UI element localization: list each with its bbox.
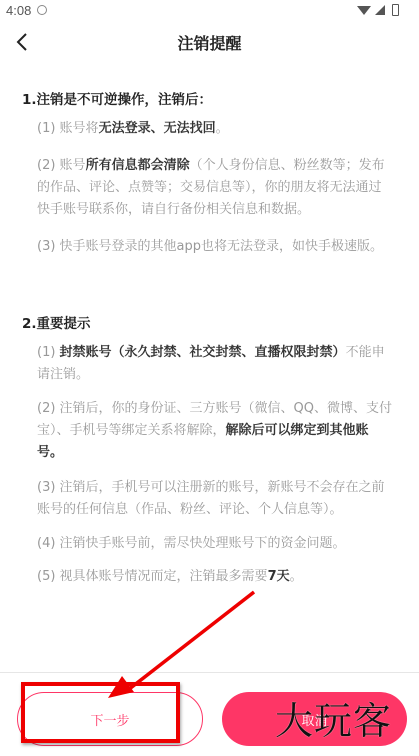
- item-bold-text: 封禁账号（永久封禁、社交封禁、直播权限封禁）: [60, 345, 346, 360]
- chevron-left-icon: [14, 30, 36, 54]
- item-text: 。: [290, 569, 303, 584]
- item-text: (1): [37, 345, 60, 360]
- next-step-label: 下一步: [90, 710, 129, 729]
- list-item: (5) 视具体账号情况而定，注销最多需要7天。: [37, 566, 393, 588]
- item-text: (4) 注销快手账号前，需尽快处理账号下的资金问题。: [37, 536, 346, 551]
- list-item: (1) 账号将无法登录、无法找回。: [37, 118, 393, 140]
- cancel-button[interactable]: 取消: [222, 692, 407, 746]
- item-text: (5) 视具体账号情况而定，注销最多需要: [37, 569, 268, 584]
- back-button[interactable]: [14, 30, 36, 54]
- status-bar: 4:08: [0, 0, 419, 20]
- section-title: 1.注销是不可逆操作，注销后：: [22, 88, 212, 108]
- list-item: (4) 注销快手账号前，需尽快处理账号下的资金问题。: [37, 533, 393, 555]
- section-title: 2.重要提示: [22, 312, 91, 332]
- shield-icon: [37, 5, 47, 15]
- item-text: (3) 快手账号登录的其他app也将无法登录，如快手极速版。: [37, 239, 383, 254]
- item-bold-text: 7天: [268, 569, 290, 584]
- battery-charging-icon: [392, 4, 399, 16]
- list-item: (1) 封禁账号（永久封禁、社交封禁、直播权限封禁）不能申请注销。: [37, 342, 393, 386]
- list-item: (3) 快手账号登录的其他app也将无法登录，如快手极速版。: [37, 236, 393, 258]
- item-bold-text: 无法登录、无法找回: [99, 121, 216, 136]
- page-title: 注销提醒: [177, 31, 241, 54]
- item-text: 。: [216, 121, 229, 136]
- status-icons: [357, 4, 399, 16]
- item-text: (1) 账号将: [37, 121, 99, 136]
- footer-divider: [0, 672, 419, 673]
- list-item: (2) 注销后，你的身份证、三方账号（微信、QQ、微博、支付宝）、手机号等绑定关…: [37, 398, 393, 464]
- cancel-label: 取消: [301, 710, 327, 729]
- status-time: 4:08: [6, 3, 31, 18]
- item-text: (3) 注销后，手机号可以注册新的账号，新账号不会存在之前账号的任何信息（作品、…: [37, 480, 385, 517]
- list-item: (2) 账号所有信息都会清除（个人身份信息、粉丝数等；发布的作品、评论、点赞等；…: [37, 155, 393, 221]
- list-item: (3) 注销后，手机号可以注册新的账号，新账号不会存在之前账号的任何信息（作品、…: [37, 477, 393, 521]
- item-bold-text: 所有信息都会清除: [86, 158, 190, 173]
- next-step-button[interactable]: 下一步: [17, 692, 203, 746]
- wifi-icon: [357, 6, 371, 15]
- item-text: (2) 账号: [37, 158, 86, 173]
- cellular-signal-icon: [375, 5, 385, 15]
- header: 注销提醒: [0, 20, 419, 64]
